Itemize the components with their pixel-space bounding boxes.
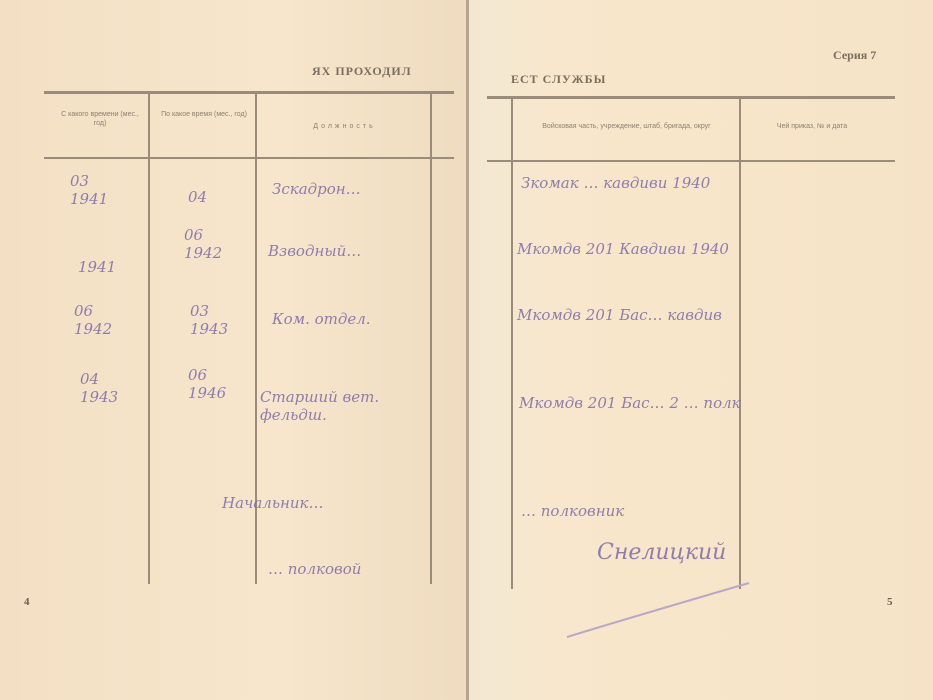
header-top-rule [487, 96, 895, 99]
signature-line-2: … полковой [268, 560, 361, 578]
right-page: Серия 7 ЕСТ СЛУЖБЫ Войсковая часть, учре… [469, 0, 933, 700]
left-page-title: ЯХ ПРОХОДИЛ [312, 64, 412, 79]
row-from: 03 1941 [70, 172, 130, 208]
row-unit: Мкомдв 201 Бас… кавдив [517, 306, 767, 324]
column-header-position: Должность [262, 122, 427, 131]
column-header-to: По какое время (мес., год) [160, 110, 248, 119]
series-label: Серия 7 [833, 48, 876, 63]
row-to: 06 1946 [188, 366, 248, 402]
row-position: Зскадрон… [272, 180, 361, 198]
column-header-from: С какого времени (мес., год) [56, 110, 144, 128]
row-unit: Зкомак … кавдиви 1940 [521, 174, 731, 192]
right-page-title: ЕСТ СЛУЖБЫ [511, 72, 606, 87]
row-position: Ком. отдел. [272, 310, 371, 328]
column-header-unit: Войсковая часть, учреждение, штаб, брига… [519, 122, 734, 131]
row-unit: Мкомдв 201 Кавдиви 1940 [517, 240, 767, 258]
signature-line-1: … полковник [521, 502, 624, 520]
row-from: 04 1943 [80, 370, 140, 406]
column-divider [148, 94, 150, 584]
header-bottom-rule [487, 160, 895, 162]
row-to: 03 1943 [190, 302, 250, 338]
left-page: ЯХ ПРОХОДИЛ С какого времени (мес., год)… [0, 0, 466, 700]
row-to: 06 1942 [184, 226, 244, 262]
row-from: 1941 [78, 258, 116, 276]
row-to: 04 [188, 188, 207, 206]
column-divider [739, 99, 741, 589]
page-number: 5 [887, 596, 893, 608]
row-from: 06 1942 [74, 302, 134, 338]
column-header-order: Чей приказ, № и дата [747, 122, 877, 131]
row-unit: Мкомдв 201 Бас… 2 … полк [519, 394, 779, 412]
row-position: Взводный… [268, 242, 361, 260]
signature: Снелицкий [597, 540, 726, 565]
page-number: 4 [24, 596, 30, 608]
header-top-rule [44, 91, 454, 94]
signature-line-1: Начальник… [222, 494, 324, 512]
column-divider [430, 94, 432, 584]
signature-underline [559, 575, 759, 645]
row-position: Старший вет. фельдш. [260, 388, 410, 424]
column-divider [511, 99, 513, 589]
header-bottom-rule [44, 157, 454, 159]
